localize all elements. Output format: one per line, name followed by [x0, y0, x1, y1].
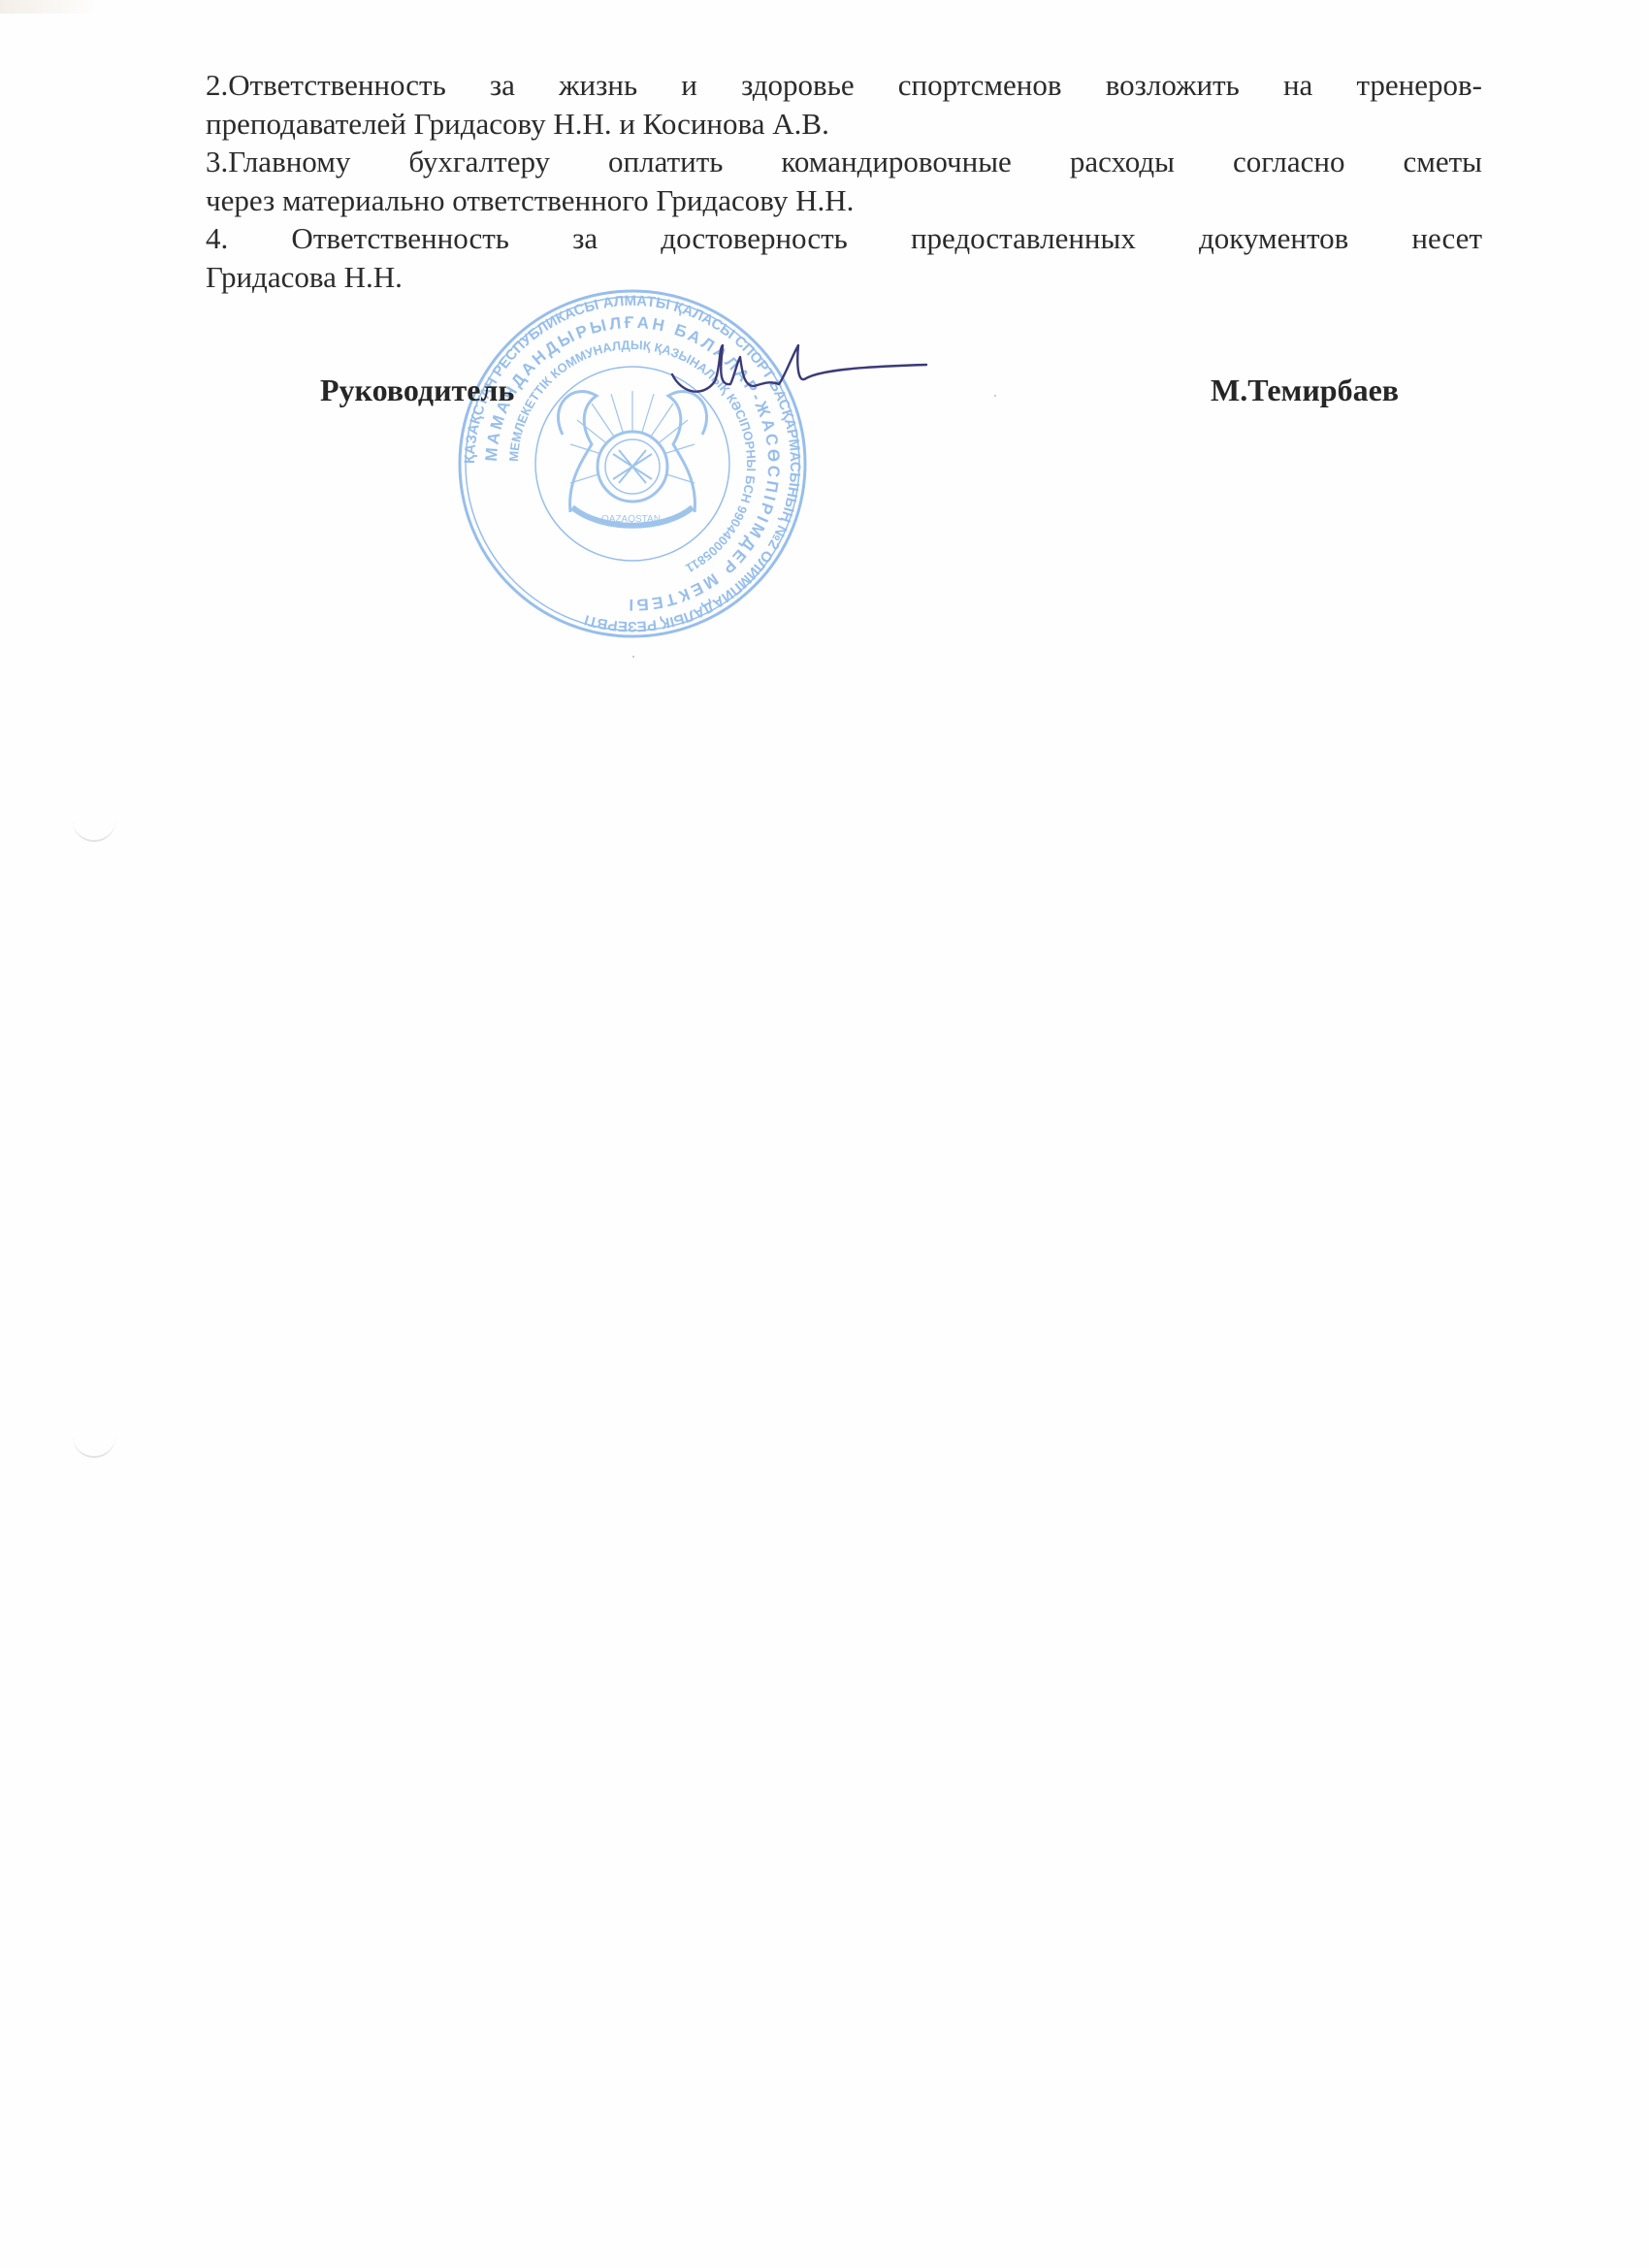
paragraph-2-line-2: преподавателей Гридасову Н.Н. и Косинова… [206, 105, 1482, 144]
punch-hole-mark [73, 1421, 115, 1458]
punch-hole-mark [73, 805, 115, 842]
paragraph-4-line-1: 4. Ответственность за достоверность пред… [206, 219, 1482, 258]
paragraph-2-line-1: 2.Ответственность за жизнь и здоровье сп… [206, 66, 1482, 105]
signatory-title: Руководитель [320, 373, 514, 408]
paragraph-3-line-2: через материально ответственного Гридасо… [206, 181, 1482, 220]
paragraph-4: 4. Ответственность за достоверность пред… [206, 219, 1482, 296]
paragraph-4-line-2: Гридасова Н.Н. [206, 258, 1482, 297]
handwritten-signature [664, 338, 936, 405]
kazakhstan-emblem-icon: QAZAQSTAN [558, 391, 706, 526]
scan-speck [632, 656, 634, 658]
paragraph-2: 2.Ответственность за жизнь и здоровье сп… [206, 66, 1482, 143]
scan-speck [994, 395, 996, 397]
svg-text:QAZAQSTAN: QAZAQSTAN [601, 514, 661, 525]
document-page: 2.Ответственность за жизнь и здоровье сп… [0, 0, 1649, 2268]
signatory-name: М.Темирбаев [1211, 373, 1399, 408]
paragraph-3-line-1: 3.Главному бухгалтеру оплатить командиро… [206, 143, 1482, 181]
document-body: 2.Ответственность за жизнь и здоровье сп… [206, 66, 1482, 296]
paragraph-3: 3.Главному бухгалтеру оплатить командиро… [206, 143, 1482, 219]
scan-artifact [0, 0, 97, 14]
